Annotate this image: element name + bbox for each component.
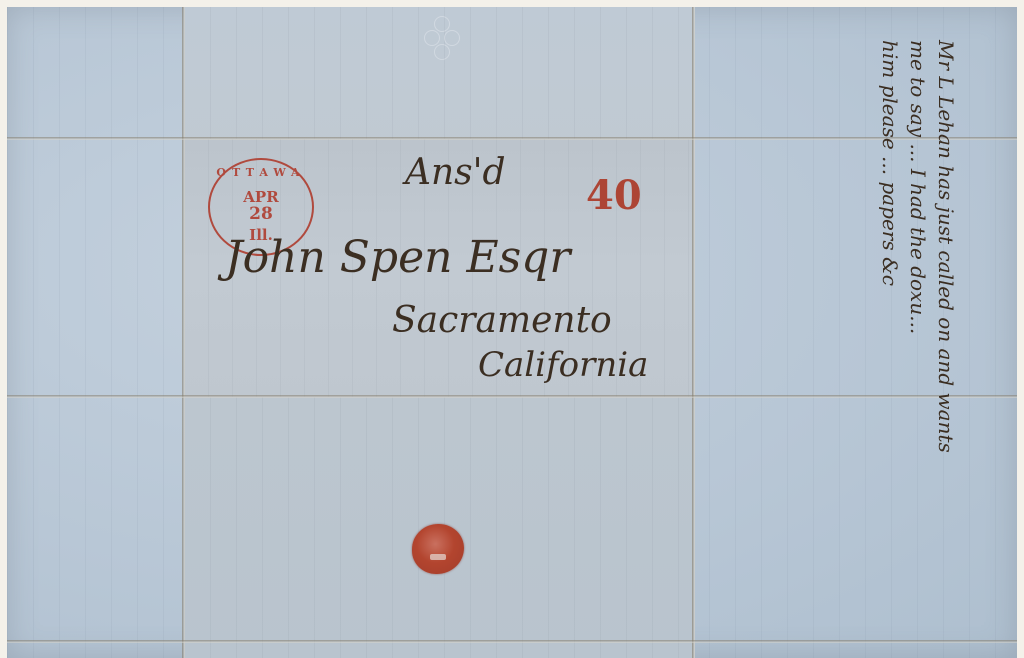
side-note-line: me to say ... I had the doxu...: [904, 40, 932, 640]
embossed-watermark-icon: [422, 14, 458, 64]
postmark-town: OTTAWA: [210, 166, 312, 179]
side-note: Mr L Lehan has just called on and wants …: [870, 40, 960, 640]
postage-rate-mark: 40: [586, 172, 642, 219]
fold-line-bottom: [7, 640, 1017, 643]
fold-line-right: [692, 7, 695, 658]
postmark-day: 28: [210, 204, 312, 224]
addressee-city: Sacramento: [392, 300, 612, 341]
addressee-state: California: [478, 345, 648, 385]
fold-line-middle: [7, 395, 1017, 398]
docket-note: Ans'd: [405, 152, 506, 193]
addressee-name: John Spen Esqr: [225, 232, 570, 283]
side-note-line: Mr L Lehan has just called on and wants: [932, 40, 960, 640]
fold-line-left: [182, 7, 185, 658]
fold-line-top: [7, 137, 1017, 140]
side-note-line: him please ... papers &c: [876, 40, 904, 640]
